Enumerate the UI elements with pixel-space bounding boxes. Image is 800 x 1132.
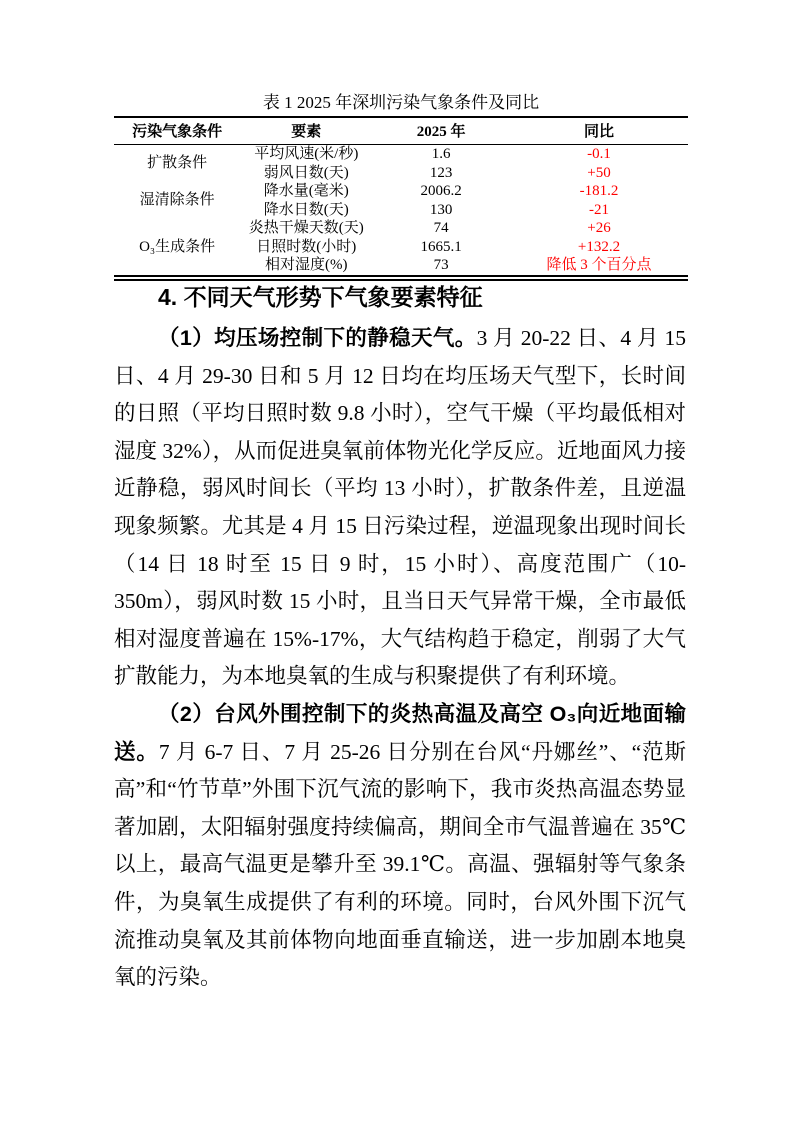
value-cell: 2006.2	[372, 182, 510, 201]
table-block: 表 1 2025 年深圳污染气象条件及同比 污染气象条件要素2025 年同比 扩…	[114, 92, 688, 281]
value-cell: 1.6	[372, 145, 510, 164]
value-cell: 130	[372, 201, 510, 220]
value-cell: 1665.1	[372, 238, 510, 257]
section-heading: 4. 不同天气形势下气象要素特征	[114, 283, 688, 311]
yoy-cell: -0.1	[510, 145, 688, 164]
document-page: 表 1 2025 年深圳污染气象条件及同比 污染气象条件要素2025 年同比 扩…	[0, 0, 800, 1132]
factor-cell: 炎热干燥天数(天)	[240, 219, 372, 238]
paragraph-text: 7 月 6-7 日、7 月 25-26 日分别在台风“丹娜丝”、“范斯高”和“竹…	[114, 740, 686, 990]
yoy-cell: -181.2	[510, 182, 688, 201]
table-row: 扩散条件平均风速(米/秒)1.6-0.1	[114, 145, 688, 164]
body-paragraph: （1）均压场控制下的静稳天气。3 月 20-22 日、4 月 15 日、4 月 …	[114, 320, 686, 696]
weather-table-body: 扩散条件平均风速(米/秒)1.6-0.1弱风日数(天)123+50湿清除条件降水…	[114, 145, 688, 278]
yoy-cell: -21	[510, 201, 688, 220]
yoy-cell: +26	[510, 219, 688, 238]
table-title: 表 1 2025 年深圳污染气象条件及同比	[114, 92, 688, 113]
body-paragraph: （2）台风外围控制下的炎热高温及高空 O₃向近地面输送。7 月 6-7 日、7 …	[114, 696, 686, 997]
factor-cell: 降水量(毫米)	[240, 182, 372, 201]
table-header-row: 污染气象条件要素2025 年同比	[114, 117, 688, 145]
table-header-cell: 2025 年	[372, 117, 510, 145]
factor-cell: 降水日数(天)	[240, 201, 372, 220]
table-header-cell: 要素	[240, 117, 372, 145]
table-row: 湿清除条件降水量(毫米)2006.2-181.2	[114, 182, 688, 201]
factor-cell: 相对湿度(%)	[240, 256, 372, 278]
weather-conditions-table: 污染气象条件要素2025 年同比 扩散条件平均风速(米/秒)1.6-0.1弱风日…	[114, 116, 688, 281]
paragraph-lead: （1）均压场控制下的静稳天气。	[158, 326, 477, 350]
table-row: O₃生成条件炎热干燥天数(天)74+26	[114, 219, 688, 238]
factor-cell: 弱风日数(天)	[240, 164, 372, 183]
table-header-cell: 污染气象条件	[114, 117, 240, 145]
yoy-cell: +50	[510, 164, 688, 183]
condition-cell: 扩散条件	[114, 145, 240, 183]
factor-cell: 平均风速(米/秒)	[240, 145, 372, 164]
yoy-cell: +132.2	[510, 238, 688, 257]
value-cell: 123	[372, 164, 510, 183]
paragraph-text: 3 月 20-22 日、4 月 15 日、4 月 29-30 日和 5 月 12…	[114, 326, 686, 688]
yoy-cell: 降低 3 个百分点	[510, 256, 688, 278]
condition-cell: 湿清除条件	[114, 182, 240, 219]
factor-cell: 日照时数(小时)	[240, 238, 372, 257]
paragraphs: （1）均压场控制下的静稳天气。3 月 20-22 日、4 月 15 日、4 月 …	[114, 320, 686, 997]
condition-cell: O₃生成条件	[114, 219, 240, 278]
value-cell: 74	[372, 219, 510, 238]
value-cell: 73	[372, 256, 510, 278]
table-header-cell: 同比	[510, 117, 688, 145]
